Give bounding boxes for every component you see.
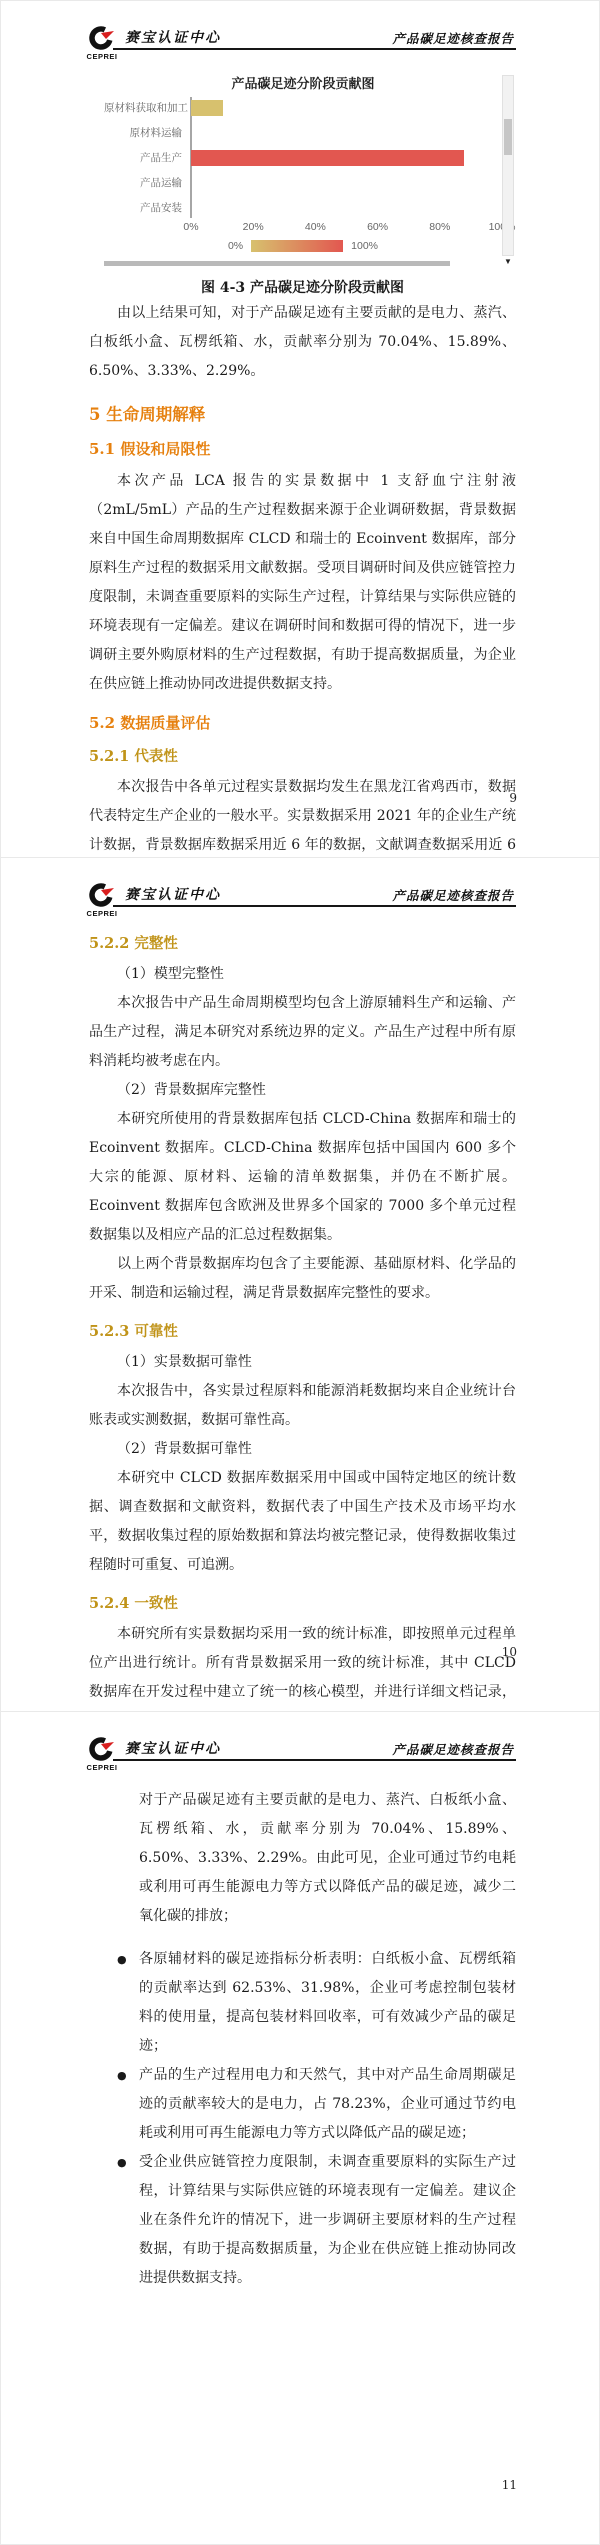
chart-bar-track bbox=[191, 125, 502, 141]
paragraph-5-1: 本次产品 LCA 报告的实景数据中 1 支舒血宁注射液（2mL/5mL）产品的生… bbox=[89, 467, 516, 699]
logo-text: CEPREI bbox=[85, 1763, 119, 1772]
chart-bar-track bbox=[191, 175, 502, 191]
figure-caption: 图 4-3 产品碳足迹分阶段贡献图 bbox=[89, 277, 516, 297]
header-rule bbox=[113, 1759, 516, 1761]
paragraph-consistency: 本研究所有实景数据均采用一致的统计标准，即按照单元过程单位产出进行统计。所有背景… bbox=[89, 1620, 516, 1712]
header-report-title: 产品碳足迹核查报告 bbox=[392, 1740, 514, 1758]
paragraph-background-reliability: 本研究中 CLCD 数据库数据采用中国或中国特定地区的统计数据、调查数据和文献资… bbox=[89, 1464, 516, 1580]
chart-horizontal-scrollbar[interactable] bbox=[104, 256, 502, 269]
x-tick-label: 40% bbox=[305, 221, 326, 233]
chart-legend: 0% 100% bbox=[104, 236, 502, 256]
paragraph-background-db-1: 本研究所使用的背景数据库包括 CLCD-China 数据库和瑞士的 Ecoinv… bbox=[89, 1105, 516, 1250]
report-page-11: CEPREI 赛宝认证中心 产品碳足迹核查报告 对于产品碳足迹有主要贡献的是电力… bbox=[0, 1712, 600, 2545]
cepri-logo: CEPREI bbox=[85, 25, 119, 61]
chart-category-label: 产品安装 bbox=[104, 200, 191, 215]
bullet-text: 产品的生产过程用电力和天然气，其中对产品生命周期碳足迹的贡献率较大的是电力，占 … bbox=[139, 2061, 516, 2148]
page-number: 10 bbox=[502, 1645, 517, 1659]
chart-row: 产品生产 bbox=[104, 145, 502, 170]
chart-bar-track bbox=[191, 100, 502, 116]
scroll-down-arrow-icon[interactable]: ▼ bbox=[502, 256, 514, 269]
chart-category-label: 产品运输 bbox=[104, 175, 191, 190]
page-number: 9 bbox=[509, 791, 517, 805]
chart-row: 产品运输 bbox=[104, 170, 502, 195]
legend-min-label: 0% bbox=[228, 240, 243, 252]
heading-5-2-1: 5.2.1 代表性 bbox=[89, 745, 516, 766]
cepri-logo: CEPREI bbox=[85, 1736, 119, 1772]
conclusion-bullet-2: ● 各原辅材料的碳足迹指标分析表明：白纸板小盒、瓦楞纸箱的贡献率达到 62.53… bbox=[117, 1945, 516, 2061]
cepri-logo-icon bbox=[89, 1736, 115, 1762]
chart-row: 产品安装 bbox=[104, 195, 502, 220]
bullet-text: 各原辅材料的碳足迹指标分析表明：白纸板小盒、瓦楞纸箱的贡献率达到 62.53%、… bbox=[139, 1945, 516, 2061]
paragraph-model-completeness: 本次报告中产品生命周期模型均包含上游原辅料生产和运输、产品生产过程，满足本研究对… bbox=[89, 989, 516, 1076]
x-tick-label: 20% bbox=[243, 221, 264, 233]
chart-bar bbox=[191, 150, 464, 166]
subheading-background-db-completeness: （2）背景数据库完整性 bbox=[89, 1076, 516, 1105]
chart-bar-track bbox=[191, 150, 502, 166]
chart-row: 原材料运输 bbox=[104, 120, 502, 145]
legend-max-label: 100% bbox=[351, 240, 378, 252]
heading-5-2-2: 5.2.2 完整性 bbox=[89, 932, 516, 953]
bullet-icon: ● bbox=[117, 2148, 139, 2293]
paragraph-5-2-1: 本次报告中各单元过程实景数据均发生在黑龙江省鸡西市，数据代表特定生产企业的一般水… bbox=[89, 773, 516, 858]
page-header: CEPREI 赛宝认证中心 产品碳足迹核查报告 bbox=[89, 884, 516, 928]
header-company-name: 赛宝认证中心 bbox=[125, 1738, 221, 1758]
header-report-title: 产品碳足迹核查报告 bbox=[392, 886, 514, 904]
conclusion-bullet-3: ● 产品的生产过程用电力和天然气，其中对产品生命周期碳足迹的贡献率较大的是电力，… bbox=[117, 2061, 516, 2148]
logo-text: CEPREI bbox=[85, 909, 119, 918]
heading-5-2: 5.2 数据质量评估 bbox=[89, 712, 516, 733]
bullet-text: 受企业供应链管控力度限制，未调查重要原料的实际生产过程，计算结果与实际供应链的环… bbox=[139, 2148, 516, 2293]
chart-vertical-scrollbar[interactable] bbox=[502, 75, 514, 256]
header-rule bbox=[113, 48, 516, 50]
chart-category-label: 原材料获取和加工 bbox=[104, 100, 191, 115]
intro-paragraph: 由以上结果可知，对于产品碳足迹有主要贡献的是电力、蒸汽、白板纸小盒、瓦楞纸箱、水… bbox=[89, 299, 516, 386]
chart-row: 原材料获取和加工 bbox=[104, 95, 502, 120]
x-tick-label: 0% bbox=[183, 221, 198, 233]
heading-5-1: 5.1 假设和局限性 bbox=[89, 438, 516, 459]
paragraph-background-db-2: 以上两个背景数据库均包含了主要能源、基础原材料、化学品的开采、制造和运输过程，满… bbox=[89, 1250, 516, 1308]
report-document: CEPREI 赛宝认证中心 产品碳足迹核查报告 产品碳足迹分阶段贡献图 原材料获… bbox=[0, 0, 600, 2545]
chart-bar-track bbox=[191, 200, 502, 216]
page-number: 11 bbox=[502, 2478, 517, 2492]
bullet-icon: ● bbox=[117, 1945, 139, 2061]
subheading-model-completeness: （1）模型完整性 bbox=[89, 960, 516, 989]
horizontal-scrollbar-thumb[interactable] bbox=[104, 261, 450, 266]
x-axis: 0%20%40%60%80%100% bbox=[191, 220, 502, 236]
chart-bar bbox=[191, 100, 223, 116]
stage-contribution-chart: 产品碳足迹分阶段贡献图 原材料获取和加工原材料运输产品生产产品运输产品安装 0%… bbox=[104, 75, 514, 267]
x-tick-label: 80% bbox=[429, 221, 450, 233]
cepri-logo-icon bbox=[89, 882, 115, 908]
header-company-name: 赛宝认证中心 bbox=[125, 27, 221, 47]
chart-category-label: 产品生产 bbox=[104, 150, 191, 165]
chart-title: 产品碳足迹分阶段贡献图 bbox=[104, 75, 502, 95]
header-rule bbox=[113, 905, 516, 907]
logo-text: CEPREI bbox=[85, 52, 119, 61]
chart-plot-area: 产品碳足迹分阶段贡献图 原材料获取和加工原材料运输产品生产产品运输产品安装 0%… bbox=[104, 75, 502, 256]
conclusion-bullet-1-continued: 对于产品碳足迹有主要贡献的是电力、蒸汽、白板纸小盒、瓦楞纸箱、水，贡献率分别为 … bbox=[139, 1786, 516, 1931]
cepri-logo-icon bbox=[89, 25, 115, 51]
header-company-name: 赛宝认证中心 bbox=[125, 884, 221, 904]
chart-category-label: 原材料运输 bbox=[104, 125, 191, 140]
cepri-logo: CEPREI bbox=[85, 882, 119, 918]
header-report-title: 产品碳足迹核查报告 bbox=[392, 29, 514, 47]
subheading-background-reliability: （2）背景数据可靠性 bbox=[89, 1435, 516, 1464]
report-page-9: CEPREI 赛宝认证中心 产品碳足迹核查报告 产品碳足迹分阶段贡献图 原材料获… bbox=[0, 0, 600, 858]
paragraph-foreground-reliability: 本次报告中，各实景过程原料和能源消耗数据均来自企业统计台账表或实测数据，数据可靠… bbox=[89, 1377, 516, 1435]
bullet-icon: ● bbox=[117, 2061, 139, 2148]
conclusion-bullet-4: ● 受企业供应链管控力度限制，未调查重要原料的实际生产过程，计算结果与实际供应链… bbox=[117, 2148, 516, 2293]
page-header: CEPREI 赛宝认证中心 产品碳足迹核查报告 bbox=[89, 1738, 516, 1782]
subheading-foreground-reliability: （1）实景数据可靠性 bbox=[89, 1348, 516, 1377]
page-header: CEPREI 赛宝认证中心 产品碳足迹核查报告 bbox=[89, 27, 516, 71]
report-page-10: CEPREI 赛宝认证中心 产品碳足迹核查报告 5.2.2 完整性 （1）模型完… bbox=[0, 858, 600, 1712]
x-tick-label: 60% bbox=[367, 221, 388, 233]
heading-5: 5 生命周期解释 bbox=[89, 401, 516, 425]
vertical-scrollbar-thumb[interactable] bbox=[504, 119, 512, 155]
heading-5-2-3: 5.2.3 可靠性 bbox=[89, 1320, 516, 1341]
heading-5-2-4: 5.2.4 一致性 bbox=[89, 1592, 516, 1613]
chart-rows: 原材料获取和加工原材料运输产品生产产品运输产品安装 bbox=[104, 95, 502, 220]
legend-gradient-bar bbox=[251, 240, 343, 252]
